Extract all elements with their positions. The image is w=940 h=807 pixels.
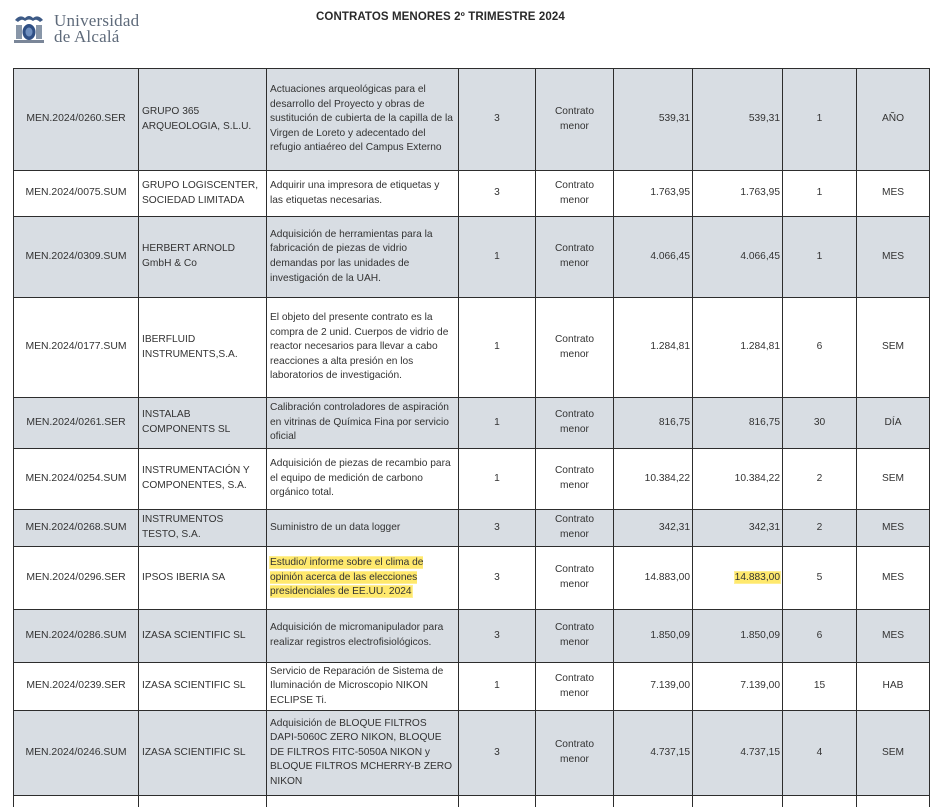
duration-value-cell: 5 — [783, 547, 857, 610]
contract-type: Contrato menor — [555, 622, 594, 648]
contract-code-num-cell: 3 — [459, 69, 536, 171]
contract-type-cell — [536, 796, 614, 807]
provider-name-cell: IBERFLUID INSTRUMENTS,S.A. — [139, 298, 267, 398]
provider-name: IZASA SCIENTIFIC SL — [142, 680, 246, 691]
page-title: CONTRATOS MENORES 2º TRIMESTRE 2024 — [316, 11, 565, 23]
provider-name: IZASA SCIENTIFIC SL — [142, 747, 246, 758]
duration-value: 4 — [817, 747, 823, 758]
amount-base-cell: 4.737,15 — [614, 711, 693, 796]
contract-object-cell: Servicio de Reparación de Sistema de Ilu… — [267, 663, 459, 711]
provider-name-cell: IPSOS IBERIA SA — [139, 547, 267, 610]
duration-unit-cell: MES — [857, 610, 930, 663]
contract-type-cell: Contrato menor — [536, 449, 614, 510]
duration-unit: SEM — [882, 747, 904, 758]
amount-base: 7.139,00 — [650, 680, 690, 691]
contract-code-num-cell: 3 — [459, 610, 536, 663]
contract-id-cell: MEN.2024/0177.SUM — [14, 298, 139, 398]
amount-total-cell — [693, 796, 783, 807]
contract-object: El objeto del presente contrato es la co… — [270, 312, 448, 381]
contract-id: MEN.2024/0261.SER — [26, 417, 125, 428]
table-row: MEN.2024/0246.SUMIZASA SCIENTIFIC SLAdqu… — [14, 711, 930, 796]
duration-value-cell — [783, 796, 857, 807]
amount-total: 7.139,00 — [740, 680, 780, 691]
contract-type: Contrato menor — [555, 564, 594, 590]
contract-code-num-cell: 3 — [459, 547, 536, 610]
provider-name: INSTALAB COMPONENTS SL — [142, 409, 230, 435]
table-row — [14, 796, 930, 807]
contract-object-highlighted: Estudio/ informe sobre el clima de opini… — [270, 557, 423, 597]
amount-total-cell: 539,31 — [693, 69, 783, 171]
contract-id-cell: MEN.2024/0286.SUM — [14, 610, 139, 663]
contract-id: MEN.2024/0286.SUM — [25, 630, 126, 641]
contract-type: Contrato menor — [555, 106, 594, 132]
amount-total-cell: 4.066,45 — [693, 217, 783, 298]
amount-base-cell: 14.883,00 — [614, 547, 693, 610]
duration-unit: MES — [882, 572, 904, 583]
contract-code-num-cell — [459, 796, 536, 807]
contract-type-cell: Contrato menor — [536, 398, 614, 449]
table-row: MEN.2024/0286.SUMIZASA SCIENTIFIC SLAdqu… — [14, 610, 930, 663]
amount-total-highlighted: 14.883,00 — [735, 572, 780, 583]
duration-value-cell: 15 — [783, 663, 857, 711]
amount-total: 10.384,22 — [735, 473, 780, 484]
amount-total-cell: 342,31 — [693, 510, 783, 547]
contract-id: MEN.2024/0239.SER — [26, 680, 125, 691]
provider-name-cell: INSTRUMENTOS TESTO, S.A. — [139, 510, 267, 547]
duration-value-cell: 30 — [783, 398, 857, 449]
duration-value-cell: 1 — [783, 217, 857, 298]
duration-value-cell: 6 — [783, 610, 857, 663]
table-row: MEN.2024/0268.SUMINSTRUMENTOS TESTO, S.A… — [14, 510, 930, 547]
amount-total: 539,31 — [749, 113, 780, 124]
contract-type-cell: Contrato menor — [536, 711, 614, 796]
contract-type: Contrato menor — [555, 514, 594, 540]
provider-name: GRUPO LOGISCENTER, SOCIEDAD LIMITADA — [142, 180, 258, 206]
duration-unit: MES — [882, 522, 904, 533]
contract-object: Adquisición de micromanipulador para rea… — [270, 622, 443, 648]
duration-unit-cell: MES — [857, 547, 930, 610]
duration-unit-cell: MES — [857, 510, 930, 547]
amount-total: 4.737,15 — [740, 747, 780, 758]
table-row: MEN.2024/0075.SUMGRUPO LOGISCENTER, SOCI… — [14, 171, 930, 217]
provider-name: GRUPO 365 ARQUEOLOGIA, S.L.U. — [142, 106, 251, 132]
university-logo: Universidad de Alcalá — [12, 12, 139, 46]
contract-object-cell: Calibración controladores de aspiración … — [267, 398, 459, 449]
contract-code-num-cell: 1 — [459, 298, 536, 398]
duration-unit-cell: MES — [857, 171, 930, 217]
contract-code-num: 3 — [494, 630, 500, 641]
provider-name: INSTRUMENTOS TESTO, S.A. — [142, 514, 223, 540]
contract-object-cell: Adquisición de micromanipulador para rea… — [267, 610, 459, 663]
table-row: MEN.2024/0261.SERINSTALAB COMPONENTS SLC… — [14, 398, 930, 449]
duration-unit: SEM — [882, 473, 904, 484]
contract-code-num: 1 — [494, 341, 500, 352]
contract-id-cell: MEN.2024/0254.SUM — [14, 449, 139, 510]
provider-name-cell: GRUPO LOGISCENTER, SOCIEDAD LIMITADA — [139, 171, 267, 217]
contract-id: MEN.2024/0296.SER — [26, 572, 125, 583]
provider-name: IBERFLUID INSTRUMENTS,S.A. — [142, 334, 238, 360]
contract-object-cell — [267, 796, 459, 807]
contract-type-cell: Contrato menor — [536, 217, 614, 298]
contract-type-cell: Contrato menor — [536, 610, 614, 663]
contract-id-cell: MEN.2024/0261.SER — [14, 398, 139, 449]
contract-object-cell: Suministro de un data logger — [267, 510, 459, 547]
contract-code-num: 3 — [494, 747, 500, 758]
amount-base-cell: 4.066,45 — [614, 217, 693, 298]
amount-base: 1.850,09 — [650, 630, 690, 641]
amount-total-cell: 10.384,22 — [693, 449, 783, 510]
duration-unit: SEM — [882, 341, 904, 352]
amount-base-cell: 1.284,81 — [614, 298, 693, 398]
amount-base-cell: 342,31 — [614, 510, 693, 547]
amount-total-cell: 1.850,09 — [693, 610, 783, 663]
contract-code-num: 1 — [494, 680, 500, 691]
duration-unit: AÑO — [882, 113, 904, 124]
duration-unit-cell: SEM — [857, 449, 930, 510]
contract-type-cell: Contrato menor — [536, 547, 614, 610]
contract-code-num-cell: 3 — [459, 510, 536, 547]
duration-unit: HAB — [883, 680, 904, 691]
contract-code-num-cell: 1 — [459, 217, 536, 298]
amount-total-cell: 7.139,00 — [693, 663, 783, 711]
contract-id: MEN.2024/0177.SUM — [25, 341, 126, 352]
duration-unit: DÍA — [885, 417, 902, 428]
amount-base-cell: 816,75 — [614, 398, 693, 449]
amount-base: 1.284,81 — [650, 341, 690, 352]
contract-id-cell: MEN.2024/0075.SUM — [14, 171, 139, 217]
table-row: MEN.2024/0177.SUMIBERFLUID INSTRUMENTS,S… — [14, 298, 930, 398]
contract-type: Contrato menor — [555, 465, 594, 491]
provider-name: INSTRUMENTACIÓN Y COMPONENTES, S.A. — [142, 465, 250, 491]
contract-object-cell: Estudio/ informe sobre el clima de opini… — [267, 547, 459, 610]
duration-value-cell: 2 — [783, 510, 857, 547]
contract-id-cell: MEN.2024/0309.SUM — [14, 217, 139, 298]
amount-base-cell: 10.384,22 — [614, 449, 693, 510]
amount-total: 4.066,45 — [740, 251, 780, 262]
contract-type: Contrato menor — [555, 180, 594, 206]
contract-object: Adquisición de piezas de recambio para e… — [270, 458, 451, 498]
contract-code-num: 3 — [494, 187, 500, 198]
contract-code-num-cell: 1 — [459, 449, 536, 510]
contract-type: Contrato menor — [555, 739, 594, 765]
duration-value: 2 — [817, 522, 823, 533]
duration-value-cell: 4 — [783, 711, 857, 796]
contract-object: Actuaciones arqueológicas para el desarr… — [270, 84, 453, 153]
duration-value-cell: 2 — [783, 449, 857, 510]
duration-unit-cell: SEM — [857, 711, 930, 796]
contract-id: MEN.2024/0254.SUM — [25, 473, 126, 484]
contract-type: Contrato menor — [555, 243, 594, 269]
duration-value-cell: 1 — [783, 69, 857, 171]
provider-name-cell: IZASA SCIENTIFIC SL — [139, 711, 267, 796]
amount-base: 4.066,45 — [650, 251, 690, 262]
contract-type-cell: Contrato menor — [536, 510, 614, 547]
table-row: MEN.2024/0254.SUMINSTRUMENTACIÓN Y COMPO… — [14, 449, 930, 510]
amount-base-cell: 539,31 — [614, 69, 693, 171]
contract-id: MEN.2024/0260.SER — [26, 113, 125, 124]
contract-object: Calibración controladores de aspiración … — [270, 402, 449, 442]
provider-name-cell: IZASA SCIENTIFIC SL — [139, 663, 267, 711]
contract-object-cell: Actuaciones arqueológicas para el desarr… — [267, 69, 459, 171]
amount-base-cell: 7.139,00 — [614, 663, 693, 711]
amount-total-cell: 4.737,15 — [693, 711, 783, 796]
contract-id-cell — [14, 796, 139, 807]
duration-value: 1 — [817, 187, 823, 198]
amount-total-cell: 816,75 — [693, 398, 783, 449]
amount-total-cell: 1.284,81 — [693, 298, 783, 398]
duration-value: 6 — [817, 630, 823, 641]
contract-type: Contrato menor — [555, 334, 594, 360]
contract-type: Contrato menor — [555, 673, 594, 699]
provider-name-cell — [139, 796, 267, 807]
contract-id: MEN.2024/0246.SUM — [25, 747, 126, 758]
duration-unit: MES — [882, 251, 904, 262]
provider-name: IZASA SCIENTIFIC SL — [142, 630, 246, 641]
contract-id: MEN.2024/0309.SUM — [25, 251, 126, 262]
amount-base-cell: 1.850,09 — [614, 610, 693, 663]
duration-unit-cell: AÑO — [857, 69, 930, 171]
contract-code-num-cell: 3 — [459, 171, 536, 217]
amount-base: 14.883,00 — [645, 572, 690, 583]
amount-base: 10.384,22 — [645, 473, 690, 484]
contract-id-cell: MEN.2024/0239.SER — [14, 663, 139, 711]
duration-unit: MES — [882, 187, 904, 198]
amount-total: 816,75 — [749, 417, 780, 428]
contract-type-cell: Contrato menor — [536, 298, 614, 398]
table-row: MEN.2024/0309.SUMHERBERT ARNOLD GmbH & C… — [14, 217, 930, 298]
duration-unit-cell: MES — [857, 217, 930, 298]
amount-total-cell: 1.763,95 — [693, 171, 783, 217]
contract-id: MEN.2024/0268.SUM — [25, 522, 126, 533]
duration-value: 2 — [817, 473, 823, 484]
contract-type-cell: Contrato menor — [536, 171, 614, 217]
contract-code-num: 1 — [494, 473, 500, 484]
contract-code-num-cell: 1 — [459, 398, 536, 449]
contracts-table: MEN.2024/0260.SERGRUPO 365 ARQUEOLOGIA, … — [13, 68, 930, 807]
amount-base-cell: 1.763,95 — [614, 171, 693, 217]
logo-line-2: de Alcalá — [54, 29, 139, 45]
duration-unit-cell — [857, 796, 930, 807]
contract-object: Adquisición de BLOQUE FILTROS DAPI-5060C… — [270, 718, 452, 787]
contract-code-num-cell: 1 — [459, 663, 536, 711]
contract-id-cell: MEN.2024/0246.SUM — [14, 711, 139, 796]
contract-code-num: 1 — [494, 417, 500, 428]
table-row: MEN.2024/0296.SERIPSOS IBERIA SAEstudio/… — [14, 547, 930, 610]
contract-id-cell: MEN.2024/0268.SUM — [14, 510, 139, 547]
duration-value-cell: 6 — [783, 298, 857, 398]
contract-object: Suministro de un data logger — [270, 522, 400, 533]
table-row: MEN.2024/0260.SERGRUPO 365 ARQUEOLOGIA, … — [14, 69, 930, 171]
university-crest-icon — [12, 12, 46, 46]
contract-code-num: 3 — [494, 572, 500, 583]
duration-unit: MES — [882, 630, 904, 641]
amount-base: 4.737,15 — [650, 747, 690, 758]
contract-type: Contrato menor — [555, 409, 594, 435]
amount-base: 342,31 — [659, 522, 690, 533]
duration-unit-cell: DÍA — [857, 398, 930, 449]
provider-name: IPSOS IBERIA SA — [142, 572, 225, 583]
amount-total-cell: 14.883,00 — [693, 547, 783, 610]
contract-id: MEN.2024/0075.SUM — [25, 187, 126, 198]
contract-id-cell: MEN.2024/0296.SER — [14, 547, 139, 610]
duration-unit-cell: HAB — [857, 663, 930, 711]
contract-code-num: 1 — [494, 251, 500, 262]
contract-object-cell: Adquisición de piezas de recambio para e… — [267, 449, 459, 510]
contract-object-cell: Adquirir una impresora de etiquetas y la… — [267, 171, 459, 217]
contract-code-num-cell: 3 — [459, 711, 536, 796]
duration-value: 15 — [814, 680, 825, 691]
amount-base: 816,75 — [659, 417, 690, 428]
amount-total: 1.763,95 — [740, 187, 780, 198]
provider-name-cell: IZASA SCIENTIFIC SL — [139, 610, 267, 663]
contract-object-cell: Adquisición de BLOQUE FILTROS DAPI-5060C… — [267, 711, 459, 796]
duration-unit-cell: SEM — [857, 298, 930, 398]
contract-code-num: 3 — [494, 522, 500, 533]
contract-object-cell: Adquisición de herramientas para la fabr… — [267, 217, 459, 298]
contract-object: Adquirir una impresora de etiquetas y la… — [270, 180, 439, 206]
amount-total: 1.850,09 — [740, 630, 780, 641]
provider-name-cell: HERBERT ARNOLD GmbH & Co — [139, 217, 267, 298]
amount-total: 342,31 — [749, 522, 780, 533]
contract-id-cell: MEN.2024/0260.SER — [14, 69, 139, 171]
duration-value: 6 — [817, 341, 823, 352]
contract-type-cell: Contrato menor — [536, 663, 614, 711]
table-row: MEN.2024/0239.SERIZASA SCIENTIFIC SLServ… — [14, 663, 930, 711]
amount-base: 539,31 — [659, 113, 690, 124]
provider-name: HERBERT ARNOLD GmbH & Co — [142, 243, 235, 269]
provider-name-cell: INSTRUMENTACIÓN Y COMPONENTES, S.A. — [139, 449, 267, 510]
contract-object: Servicio de Reparación de Sistema de Ilu… — [270, 666, 443, 706]
contract-code-num: 3 — [494, 113, 500, 124]
provider-name-cell: INSTALAB COMPONENTS SL — [139, 398, 267, 449]
duration-value: 30 — [814, 417, 825, 428]
amount-base: 1.763,95 — [650, 187, 690, 198]
duration-value: 1 — [817, 113, 823, 124]
provider-name-cell: GRUPO 365 ARQUEOLOGIA, S.L.U. — [139, 69, 267, 171]
duration-value: 5 — [817, 572, 823, 583]
duration-value-cell: 1 — [783, 171, 857, 217]
amount-total: 1.284,81 — [740, 341, 780, 352]
contract-object: Adquisición de herramientas para la fabr… — [270, 229, 433, 284]
amount-base-cell — [614, 796, 693, 807]
contract-type-cell: Contrato menor — [536, 69, 614, 171]
duration-value: 1 — [817, 251, 823, 262]
contract-object-cell: El objeto del presente contrato es la co… — [267, 298, 459, 398]
